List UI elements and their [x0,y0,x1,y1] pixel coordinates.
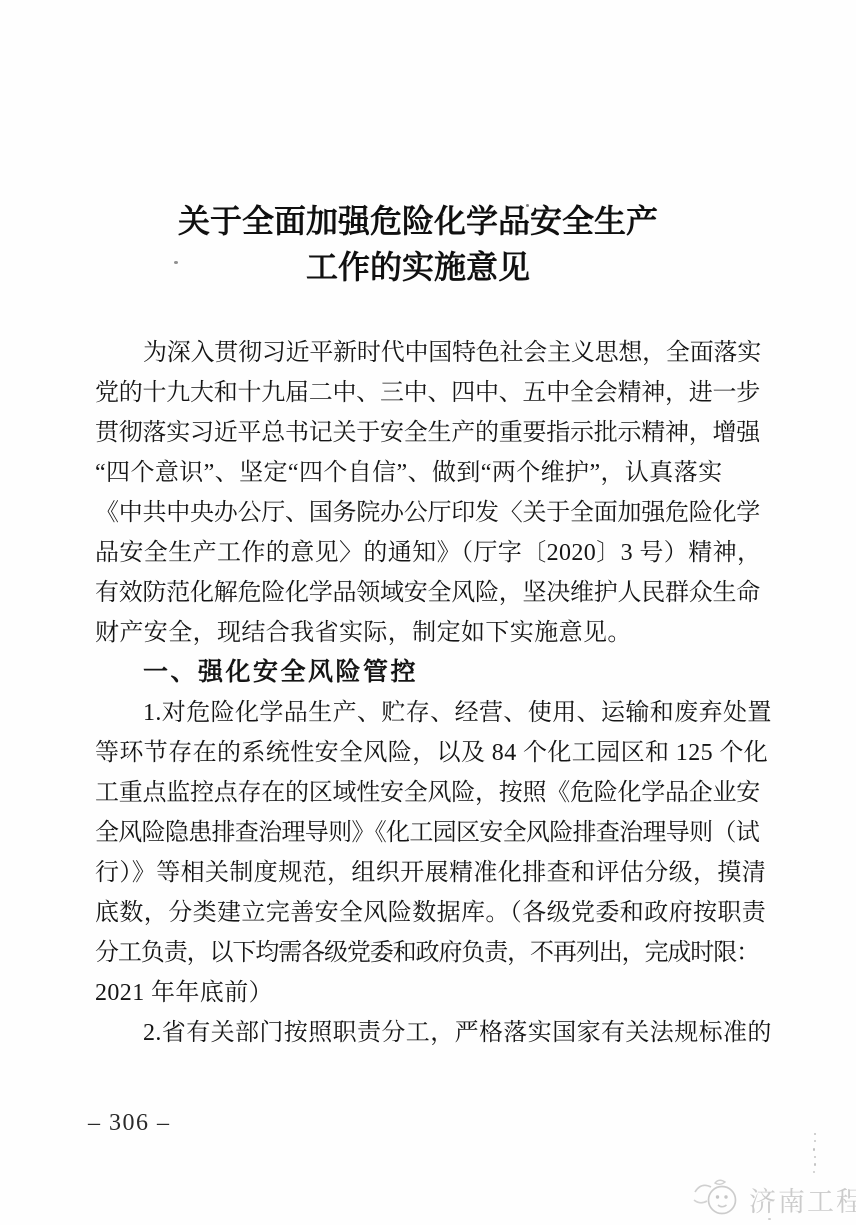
text-line: 全风险隐患排查治理导则》《化工园区安全风险排查治理导则（试 [95,813,771,853]
text-line: 党的十九大和十九届二中、三中、四中、五中全会精神，进一步 [95,373,771,413]
scan-dot [814,1156,816,1158]
document-body: 为深入贯彻习近平新时代中国特色社会主义思想，全面落实党的十九大和十九届二中、三中… [95,333,771,1053]
title-line-1: 关于全面加强危险化学品安全生产 [0,198,846,244]
text-line: 为深入贯彻习近平新时代中国特色社会主义思想，全面落实 [95,333,771,373]
text-line: 品安全生产工作的意见〉的通知》（厅字〔2020〕3 号）精神， [95,533,771,573]
text-line: “四个意识”、坚定“四个自信”、做到“两个维护”，认真落实 [95,453,771,493]
text-line: 有效防范化解危险化学品领域安全风险，坚决维护人民群众生命 [95,573,771,613]
section-heading: 一、强化安全风险管控 [95,653,771,693]
text-line: 《中共中央办公厅、国务院办公厅印发〈关于全面加强危险化学 [95,493,771,533]
scan-dot [814,1133,816,1135]
text-line: 分工负责，以下均需各级党委和政府负责，不再列出，完成时限： [95,933,771,973]
watermark-label: 济南工程 [749,1180,856,1219]
text-line: 行）》等相关制度规范，组织开展精准化排查和评估分级，摸清 [95,853,771,893]
text-line: 工重点监控点存在的区域性安全风险，按照《危险化学品企业安 [95,773,771,813]
text-line: 底数，分类建立完善安全风险数据库。（各级党委和政府按职责 [95,893,771,933]
scan-dot [814,1140,816,1142]
watermark: 济南工程 [692,1176,856,1223]
text-line: 财产安全，现结合我省实际，制定如下实施意见。 [95,613,771,653]
scan-dot [768,1218,771,1220]
text-line: 1.对危险化学品生产、贮存、经营、使用、运输和废弃处置 [95,693,771,733]
scan-speck [174,261,178,264]
document-page: 关于全面加强危险化学品安全生产 工作的实施意见 为深入贯彻习近平新时代中国特色社… [0,0,856,1225]
text-line: 等环节存在的系统性安全风险，以及 84 个化工园区和 125 个化 [95,733,771,773]
page-number-label: – 306 – [88,1110,171,1137]
text-line: 2.省有关部门按照职责分工，严格落实国家有关法规标准的 [95,1013,771,1053]
title-line-2: 工作的实施意见 [0,244,846,290]
document-title: 关于全面加强危险化学品安全生产 工作的实施意见 [0,198,846,290]
scan-dot [813,1171,815,1173]
text-line: 2021 年年底前） [95,973,771,1013]
text-line: 贯彻落实习近平总书记关于安全生产的重要指示批示精神，增强 [95,413,771,453]
chick-logo-icon [692,1176,744,1223]
scan-dot [813,1148,815,1151]
scan-speck [526,204,529,207]
scan-dot [814,1163,816,1166]
